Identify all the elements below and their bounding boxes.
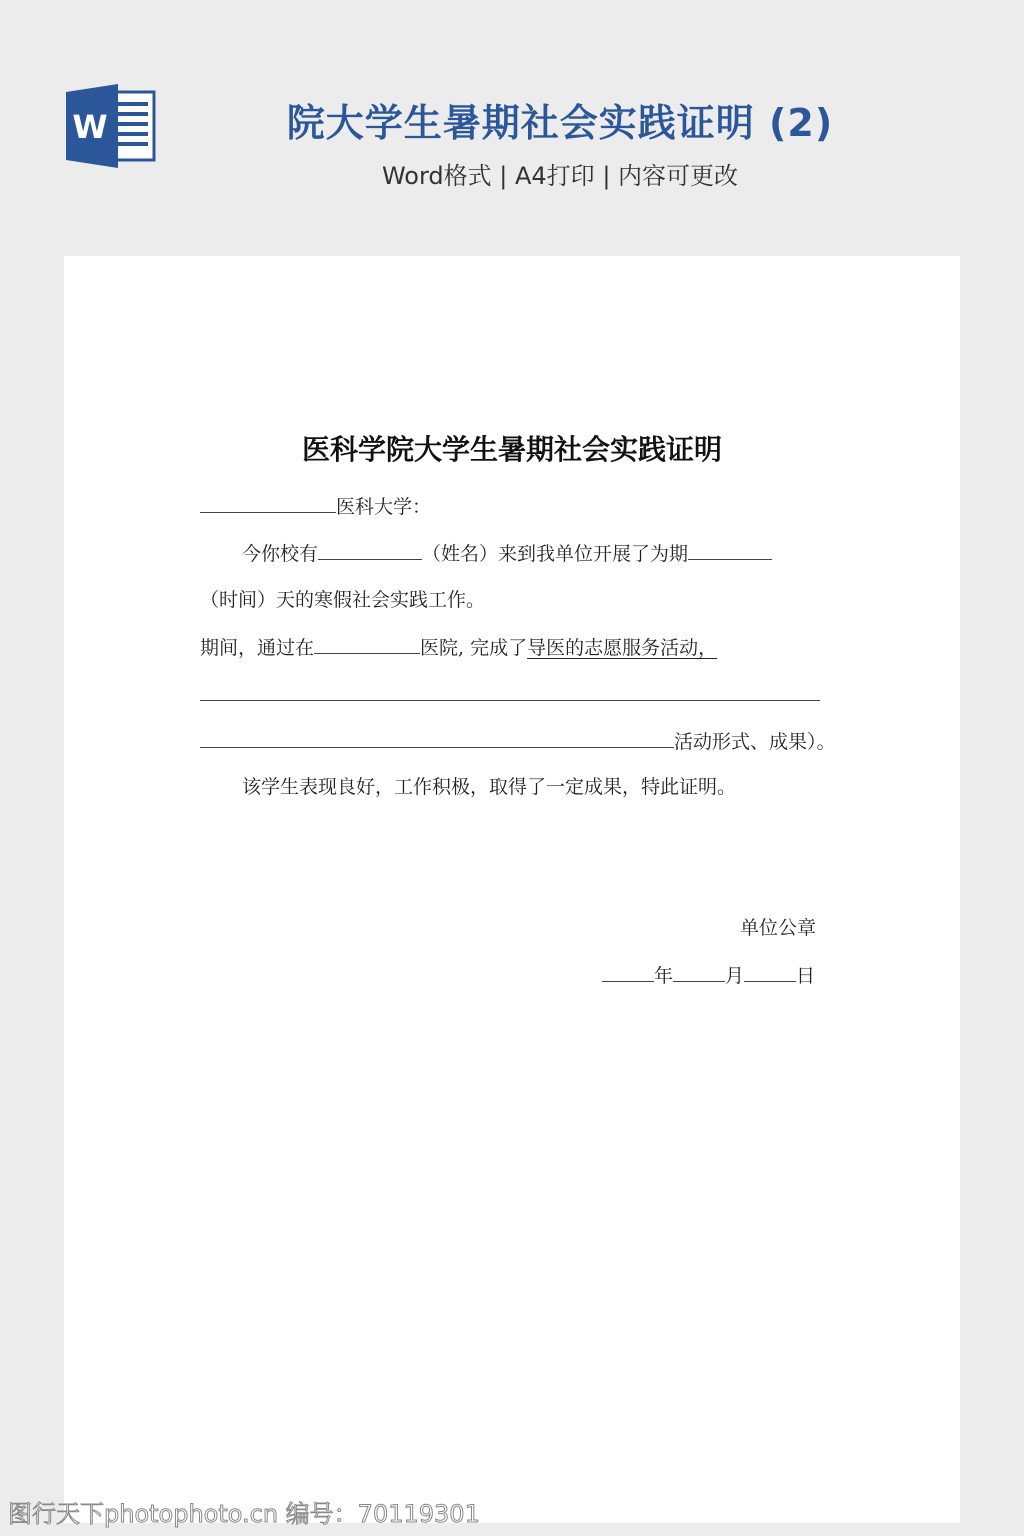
page-subtitle: Word格式 | A4打印 | 内容可更改 <box>300 156 820 191</box>
paragraph-1-line-2: （时间）天的寒假社会实践工作。 <box>200 588 485 612</box>
word-document-icon: W <box>64 82 156 170</box>
month-blank[interactable] <box>673 963 725 982</box>
activity-blank-1[interactable] <box>200 682 820 701</box>
name-blank[interactable] <box>318 541 422 560</box>
salutation-line: 医科大学： <box>200 494 431 519</box>
page-title: 院大学生暑期社会实践证明 (2) <box>240 92 880 147</box>
date-line: 年月日 <box>602 963 815 988</box>
school-blank[interactable] <box>200 494 336 513</box>
year-blank[interactable] <box>602 963 654 982</box>
activity-blank-line-2: 活动形式、成果）。 <box>200 729 836 754</box>
paragraph-3: 该学生表现良好，工作积极，取得了一定成果，特此证明。 <box>242 775 736 799</box>
document-page: 医科学院大学生暑期社会实践证明 医科大学： 今你校有（姓名）来到我单位开展了为期… <box>64 256 960 1523</box>
activity-blank-2[interactable] <box>200 729 674 748</box>
day-blank[interactable] <box>744 963 796 982</box>
seal-label: 单位公章 <box>740 916 816 940</box>
activity-blank-line-1 <box>200 682 820 707</box>
svg-text:W: W <box>72 108 107 146</box>
paragraph-2: 期间，通过在医院, 完成了导医的志愿服务活动， <box>200 635 717 660</box>
watermark: 图行天下photophoto.cn 编号：70119301 <box>8 1494 480 1529</box>
paragraph-1: 今你校有（姓名）来到我单位开展了为期 <box>242 541 772 566</box>
hospital-blank[interactable] <box>314 635 420 654</box>
document-title: 医科学院大学生暑期社会实践证明 <box>64 428 960 468</box>
duration-blank[interactable] <box>688 541 772 560</box>
